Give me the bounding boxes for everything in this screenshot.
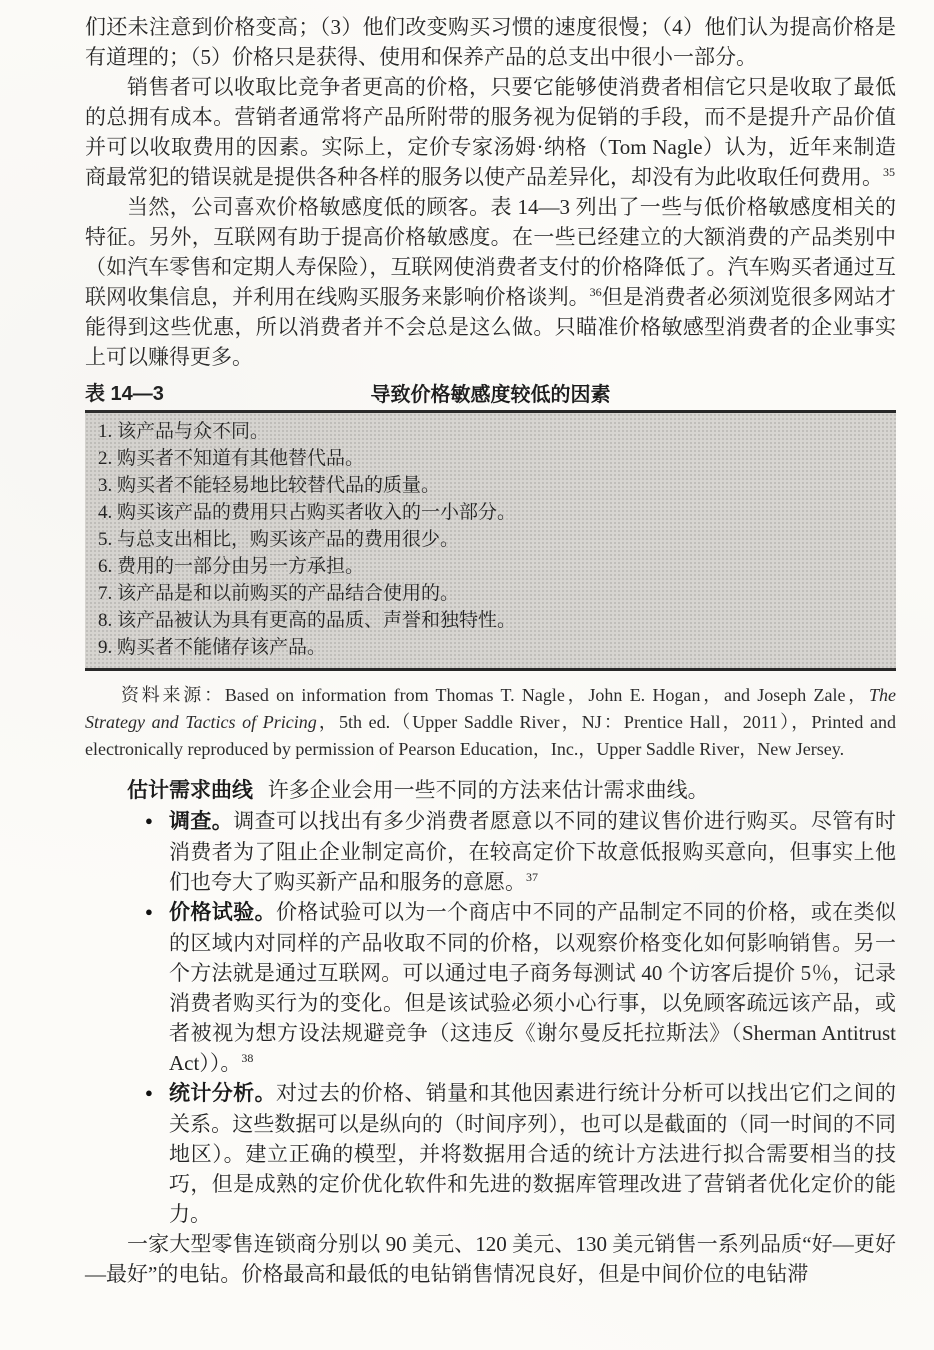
bullet-body: 对过去的价格、销量和其他因素进行统计分析可以找出它们之间的关系。这些数据可以是纵… — [169, 1081, 896, 1226]
footnote-ref-36: 36 — [590, 285, 602, 299]
footnote-ref-38: 38 — [241, 1051, 253, 1065]
table-row: 7. 该产品是和以前购买的产品结合使用的。 — [98, 580, 886, 607]
bullet-survey: ● 调查。调查可以找出有多少消费者愿意以不同的建议售价进行购买。尽管有时消费者为… — [85, 806, 896, 897]
section-lead-title: 估计需求曲线 — [127, 779, 253, 802]
bullet-text: 统计分析。对过去的价格、销量和其他因素进行统计分析可以找出它们之间的关系。这些数… — [169, 1078, 896, 1229]
table-body: 1. 该产品与众不同。 2. 购买者不知道有其他替代品。 3. 购买者不能轻易地… — [85, 410, 896, 671]
bullet-icon: ● — [145, 1078, 169, 1229]
bullet-icon: ● — [145, 897, 169, 1078]
book-page: 们还未注意到价格变高；（3）他们改变购买习惯的速度很慢；（4）他们认为提高价格是… — [0, 0, 934, 1350]
table-row: 5. 与总支出相比，购买该产品的费用很少。 — [98, 526, 886, 553]
source-note-text: Based on information from Thomas T. Nagl… — [225, 685, 869, 705]
paragraph-drill-example: 一家大型零售连锁商分别以 90 美元、120 美元、130 美元销售一系列品质“… — [85, 1229, 896, 1289]
table-row: 3. 购买者不能轻易地比较替代品的质量。 — [98, 472, 886, 499]
bullet-body: 价格试验可以为一个商店中不同的产品制定不同的价格，或在类似的区域内对同样的产品收… — [169, 900, 896, 1075]
table-row: 8. 该产品被认为具有更高的品质、声誉和独特性。 — [98, 607, 886, 634]
paragraph-text: 销售者可以收取比竞争者更高的价格，只要它能够使消费者相信它只是收取了最低的总拥有… — [85, 75, 896, 189]
bullet-icon: ● — [145, 806, 169, 897]
bullet-term: 统计分析。 — [169, 1082, 276, 1105]
bullet-text: 调查。调查可以找出有多少消费者愿意以不同的建议售价进行购买。尽管有时消费者为了阻… — [169, 806, 896, 897]
paragraph-text: 一家大型零售连锁商分别以 90 美元、120 美元、130 美元销售一系列品质“… — [85, 1232, 896, 1286]
bullet-term: 调查。 — [169, 810, 233, 833]
paragraph-text: 们还未注意到价格变高；（3）他们改变购买习惯的速度很慢；（4）他们认为提高价格是… — [85, 15, 896, 69]
bullet-term: 价格试验。 — [169, 901, 276, 924]
table-row: 9. 购买者不能储存该产品。 — [98, 634, 886, 661]
table-row: 4. 购买该产品的费用只占购买者收入的一小部分。 — [98, 499, 886, 526]
paragraph-price-sensitivity: 当然，公司喜欢价格敏感度低的顾客。表 14—3 列出了一些与低价格敏感度相关的特… — [85, 192, 896, 372]
table-row: 1. 该产品与众不同。 — [98, 418, 886, 445]
footnote-ref-37: 37 — [526, 870, 538, 884]
source-note-prefix: 资料来源： — [121, 685, 225, 705]
section-estimating-demand-curves: 估计需求曲线许多企业会用一些不同的方法来估计需求曲线。 — [85, 775, 896, 806]
source-note: 资料来源：Based on information from Thomas T.… — [85, 682, 896, 763]
bullet-price-experiments: ● 价格试验。价格试验可以为一个商店中不同的产品制定不同的价格，或在类似的区域内… — [85, 897, 896, 1078]
section-lead-text: 许多企业会用一些不同的方法来估计需求曲线。 — [268, 778, 709, 802]
table-row: 2. 购买者不知道有其他替代品。 — [98, 445, 886, 472]
paragraph-price-awareness: 们还未注意到价格变高；（3）他们改变购买习惯的速度很慢；（4）他们认为提高价格是… — [85, 12, 896, 72]
bullet-statistical-analysis: ● 统计分析。对过去的价格、销量和其他因素进行统计分析可以找出它们之间的关系。这… — [85, 1078, 896, 1229]
table-row: 6. 费用的一部分由另一方承担。 — [98, 553, 886, 580]
table-header: 表 14—3 导致价格敏感度较低的因素 — [85, 378, 896, 410]
table-title: 导致价格敏感度较低的因素 — [371, 384, 611, 406]
table-label: 表 14—3 — [85, 378, 164, 410]
footnote-ref-35: 35 — [883, 165, 895, 179]
bullet-text: 价格试验。价格试验可以为一个商店中不同的产品制定不同的价格，或在类似的区域内对同… — [169, 897, 896, 1078]
table-14-3: 表 14—3 导致价格敏感度较低的因素 1. 该产品与众不同。 2. 购买者不知… — [85, 378, 896, 671]
paragraph-seller-pricing: 销售者可以收取比竞争者更高的价格，只要它能够使消费者相信它只是收取了最低的总拥有… — [85, 72, 896, 192]
